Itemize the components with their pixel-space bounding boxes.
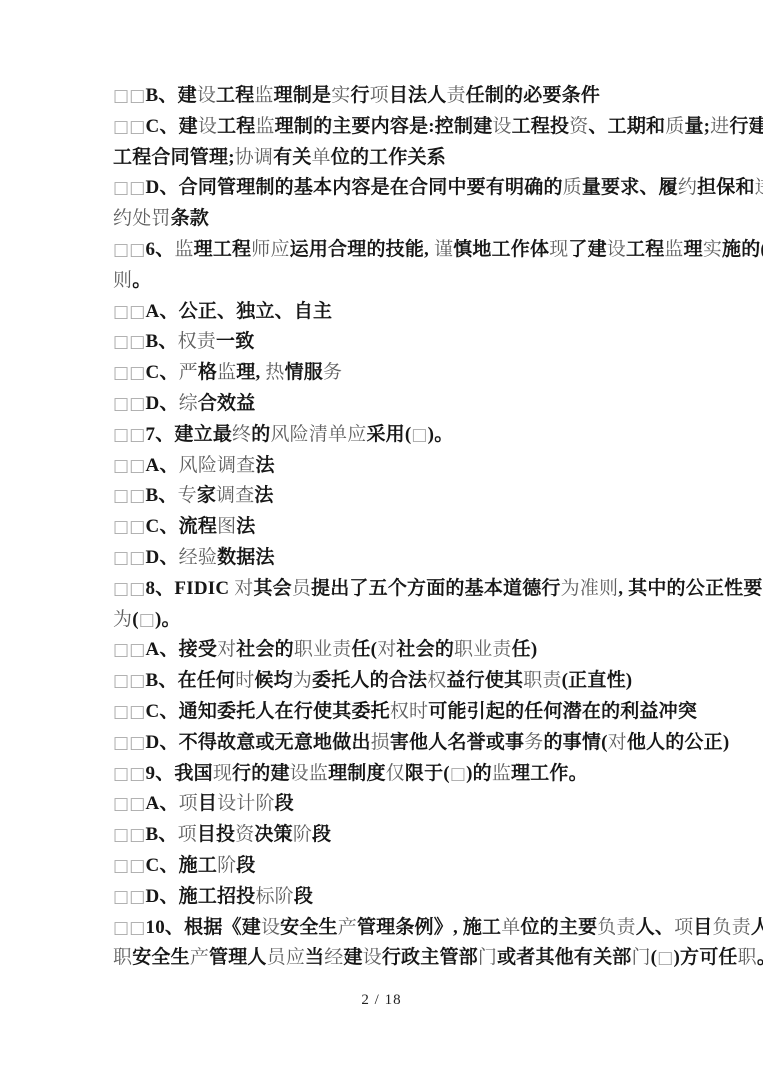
text-run: 量要求、履 (582, 177, 678, 198)
placeholder-box: □□ (113, 918, 146, 938)
text-run: 员 (292, 578, 311, 599)
text-run: B、 (146, 485, 178, 506)
text-run: 项 (674, 917, 693, 938)
text-run: 委托人的合法 (312, 670, 427, 691)
text-run: 安全生 (132, 947, 190, 968)
text-run: D、 (146, 393, 179, 414)
text-line: □□C、严格监理, 热情服务 (113, 358, 673, 389)
text-run: 产 (190, 947, 209, 968)
text-run: 安全生 (280, 917, 338, 938)
text-run: 资 (569, 116, 588, 137)
text-run: 位的工作关系 (331, 147, 446, 168)
placeholder-box: □□ (113, 394, 146, 414)
text-run: 职责 (523, 670, 561, 691)
text-run: 当 (305, 947, 324, 968)
text-run: 行政主管部 (382, 947, 478, 968)
text-run: 量; (684, 116, 710, 137)
text-run: 监 (254, 85, 273, 106)
text-run: B、 (146, 824, 178, 845)
text-run: 位的主要 (520, 917, 597, 938)
text-run: C、 (146, 362, 179, 383)
text-run: 目 (198, 793, 217, 814)
text-run: 单 (501, 917, 520, 938)
text-run: 。 (132, 270, 151, 291)
text-run: 为 (293, 670, 312, 691)
placeholder-box: □□ (113, 856, 146, 876)
text-run: 建 (343, 947, 362, 968)
text-line: 工程合同管理;协调有关单位的工作关系 (113, 143, 673, 174)
placeholder-box: □□ (113, 332, 146, 352)
text-line: □□6、监理工程师应运用合理的技能, 谨慎地工作体现了建设工程监理实施的(□)原 (113, 235, 673, 266)
text-run: 。 (757, 947, 763, 968)
text-run: 职业责 (454, 639, 512, 660)
text-run: 实 (703, 239, 722, 260)
text-line: □□A、公正、独立、自主 (113, 297, 673, 328)
placeholder-box: □□ (113, 425, 146, 445)
text-run: 理, (236, 362, 265, 383)
text-line: □□D、施工招投标阶段 (113, 882, 673, 913)
text-line: □□C、建设工程监理制的主要内容是:控制建设工程投资、工期和质量;进行建设 (113, 112, 673, 143)
text-run: 理制的主要内容是:控制建 (275, 116, 493, 137)
placeholder-box: □□ (113, 671, 146, 691)
text-run: D、施工招投 (146, 886, 256, 907)
text-run: 权时 (390, 701, 428, 722)
text-run: 了建 (568, 239, 606, 260)
placeholder-box: □□ (113, 764, 146, 784)
placeholder-box: □□ (113, 825, 146, 845)
text-run: 9、我国 (146, 763, 213, 784)
placeholder-box: □□ (113, 640, 146, 660)
text-run: 目法人 (389, 85, 447, 106)
text-run: 监 (174, 239, 193, 260)
text-run: 职 (738, 947, 757, 968)
text-run: 对 (234, 578, 253, 599)
text-line: 为(□)。 (113, 605, 673, 636)
text-run: C、建 (146, 116, 198, 137)
placeholder-box: □ (139, 610, 155, 630)
text-run: 限于( (405, 763, 450, 784)
text-run: 可能引起的任何潜在的利益冲突 (428, 701, 697, 722)
text-run: 一致 (216, 331, 254, 352)
placeholder-box: □□ (113, 302, 146, 322)
text-run: 法 (236, 516, 255, 537)
text-run: 为准则 (561, 578, 619, 599)
text-run: A、 (146, 793, 179, 814)
text-run: 益行使其 (446, 670, 523, 691)
text-run: 违 (755, 177, 763, 198)
text-run: 时 (235, 670, 254, 691)
text-run: 师应 (251, 239, 289, 260)
placeholder-box: □□ (113, 486, 146, 506)
text-run: 行 (350, 85, 369, 106)
placeholder-box: □□ (113, 363, 146, 383)
document-page: □□B、建设工程监理制是实行项目法人责任制的必要条件□□C、建设工程监理制的主要… (0, 0, 763, 1080)
text-run: 有关 (273, 147, 311, 168)
text-run: 社会的 (236, 639, 294, 660)
text-run: 工程 (216, 85, 254, 106)
text-run: 条款 (171, 208, 209, 229)
text-run: 单 (312, 147, 331, 168)
text-run: 项 (179, 793, 198, 814)
text-run: 格 (198, 362, 217, 383)
text-run: 段 (312, 824, 331, 845)
text-run: 门 (478, 947, 497, 968)
text-run: )方可任 (673, 947, 737, 968)
text-run: 候均 (254, 670, 292, 691)
text-run: 监 (492, 763, 511, 784)
text-run: 专 (178, 485, 197, 506)
text-run: 家 (197, 485, 216, 506)
text-run: B、在任何 (146, 670, 236, 691)
text-run: 综 (179, 393, 198, 414)
text-run: 对 (217, 639, 236, 660)
text-run: 管理条例》, 施工 (357, 917, 501, 938)
text-run: 决策 (254, 824, 292, 845)
text-line: □□D、经验数据法 (113, 543, 673, 574)
text-run: 设 (197, 85, 216, 106)
text-run: B、 (146, 331, 178, 352)
text-run: 责 (446, 85, 465, 106)
text-run: D、不得故意或无意地做出 (146, 732, 371, 753)
placeholder-box: □□ (113, 117, 146, 137)
placeholder-box: □□ (113, 702, 146, 722)
text-line: □□C、通知委托人在行使其委托权时可能引起的任何潜在的利益冲突 (113, 697, 673, 728)
text-run: 资 (235, 824, 254, 845)
text-run: 务 (323, 362, 342, 383)
text-run: 理 (684, 239, 703, 260)
text-line: □□A、风险调查法 (113, 451, 673, 482)
text-run: 目 (693, 917, 712, 938)
text-run: 段 (294, 886, 313, 907)
text-run: 务 (524, 732, 543, 753)
text-run: 严 (179, 362, 198, 383)
placeholder-box: □ (411, 425, 427, 445)
text-run: 项 (370, 85, 389, 106)
text-run: 现 (549, 239, 568, 260)
text-run: 理工程 (194, 239, 252, 260)
text-run: (正直性) (562, 670, 633, 691)
text-run: 质 (563, 177, 582, 198)
placeholder-box: □□ (113, 794, 146, 814)
text-run: 任( (351, 639, 377, 660)
text-run: 员应 (267, 947, 305, 968)
text-run: 负责 (597, 917, 635, 938)
text-run: 慎地工作体 (453, 239, 549, 260)
text-run: 损 (371, 732, 390, 753)
text-run: 工程合同管理; (113, 147, 235, 168)
text-line: □□D、综合效益 (113, 389, 673, 420)
text-run: 数据法 (217, 547, 275, 568)
text-run: 任制的必要条件 (466, 85, 600, 106)
text-run: 理工作。 (511, 763, 588, 784)
text-run: 终 (232, 424, 251, 445)
text-run: 产 (338, 917, 357, 938)
text-run: 理制度 (328, 763, 386, 784)
placeholder-box: □□ (113, 548, 146, 568)
text-run: 风险清单应 (270, 424, 366, 445)
placeholder-box: □ (657, 948, 673, 968)
text-line: □□9、我国现行的建设监理制度仅限于(□)的监理工作。 (113, 759, 673, 790)
text-line: □□7、建立最终的风险清单应采用(□)。 (113, 420, 673, 451)
placeholder-box: □□ (113, 887, 146, 907)
text-run: 施的( (722, 239, 763, 260)
text-run: 目投 (197, 824, 235, 845)
text-run: 经 (324, 947, 343, 968)
text-run: C、流程 (146, 516, 218, 537)
text-line: □□C、施工阶段 (113, 851, 673, 882)
text-run: 职业责 (294, 639, 352, 660)
text-run: 设 (261, 917, 280, 938)
text-run: C、施工 (146, 855, 218, 876)
text-run: 监 (255, 116, 274, 137)
text-run: 7、建立最 (146, 424, 233, 445)
text-run: C、通知委托人在行使其委托 (146, 701, 390, 722)
text-run: 监 (664, 239, 683, 260)
text-run: 负责 (713, 917, 751, 938)
placeholder-box: □□ (113, 579, 146, 599)
text-run: 监 (217, 362, 236, 383)
placeholder-box: □□ (113, 456, 146, 476)
text-run: 行的建 (232, 763, 290, 784)
text-run: 10、根据《建 (146, 917, 261, 938)
text-line: □□8、FIDIC 对其会员提出了五个方面的基本道德行为准则, 其中的公正性要求 (113, 574, 673, 605)
text-run: 工程投 (512, 116, 570, 137)
text-run: 质 (665, 116, 684, 137)
text-run: 热 (265, 362, 284, 383)
text-run: 或者其他有关部 (497, 947, 631, 968)
text-run: D、合同管理制的基本内容是在合同中要有明确的 (146, 177, 563, 198)
text-run: 则 (113, 270, 132, 291)
placeholder-box: □□ (113, 240, 146, 260)
document-body: □□B、建设工程监理制是实行项目法人责任制的必要条件□□C、建设工程监理制的主要… (113, 81, 673, 974)
text-run: 8、FIDIC (146, 578, 235, 599)
text-line: □□D、不得故意或无意地做出损害他人名誉或事务的事情(对他人的公正) (113, 728, 673, 759)
text-run: 运用合理的技能, (290, 239, 434, 260)
text-run: A、公正、独立、自主 (146, 301, 333, 322)
text-run: 情服 (285, 362, 323, 383)
text-run: 风险调查 (179, 455, 256, 476)
placeholder-box: □ (450, 764, 466, 784)
text-run: 阶 (217, 855, 236, 876)
text-run: 权责 (178, 331, 216, 352)
text-line: □□C、流程图法 (113, 512, 673, 543)
text-run: 调查 (216, 485, 254, 506)
text-run: 人、 (636, 917, 674, 938)
text-run: 设 (363, 947, 382, 968)
text-run: 阶 (293, 824, 312, 845)
text-run: 设计阶 (217, 793, 275, 814)
text-run: 6、 (146, 239, 175, 260)
text-run: 经验 (179, 547, 217, 568)
text-line: □□A、项目设计阶段 (113, 789, 673, 820)
text-line: □□A、接受对社会的职业责任(对社会的职业责任) (113, 635, 673, 666)
text-run: 人、 (751, 917, 763, 938)
text-run: 谨 (434, 239, 453, 260)
text-run: 段 (236, 855, 255, 876)
text-run: 法 (255, 455, 274, 476)
text-run: 进 (710, 116, 729, 137)
text-run: )。 (155, 609, 181, 630)
text-run: 他人的公正) (627, 732, 730, 753)
text-run: 设 (492, 116, 511, 137)
text-line: □□B、专家调查法 (113, 481, 673, 512)
page-number: 2 / 18 (361, 992, 401, 1008)
text-run: 约处罚 (113, 208, 171, 229)
placeholder-box: □□ (113, 86, 146, 106)
text-run: 设 (198, 116, 217, 137)
text-run: B、建 (146, 85, 197, 106)
text-line: 职安全生产管理人员应当经建设行政主管部门或者其他有关部门(□)方可任职。 (113, 943, 673, 974)
text-run: 合效益 (198, 393, 256, 414)
text-run: 标阶 (255, 886, 293, 907)
text-line: □□B、项目投资决策阶段 (113, 820, 673, 851)
text-run: 协调 (235, 147, 273, 168)
text-line: □□B、权责一致 (113, 327, 673, 358)
text-run: A、 (146, 455, 179, 476)
text-run: 、工期和 (588, 116, 665, 137)
text-line: 则。 (113, 266, 673, 297)
text-run: 提出了五个方面的基本道德行 (311, 578, 561, 599)
text-run: 权 (427, 670, 446, 691)
text-line: □□10、根据《建设安全生产管理条例》, 施工单位的主要负责人、项目负责人、专 (113, 913, 673, 944)
placeholder-box: □□ (113, 733, 146, 753)
text-run: 的 (251, 424, 270, 445)
placeholder-box: □□ (113, 517, 146, 537)
text-line: □□D、合同管理制的基本内容是在合同中要有明确的质量要求、履约担保和违 (113, 173, 673, 204)
text-run: 门 (631, 947, 650, 968)
text-run: 工程 (626, 239, 664, 260)
text-run: 行建 (729, 116, 763, 137)
text-run: 为 (113, 609, 132, 630)
text-run: 理制是 (274, 85, 332, 106)
text-run: 现 (213, 763, 232, 784)
text-run: 项 (178, 824, 197, 845)
text-line: 约处罚条款 (113, 204, 673, 235)
text-run: 工程 (217, 116, 255, 137)
text-run: 社会的 (396, 639, 454, 660)
text-run: 其会 (253, 578, 291, 599)
text-run: 法 (254, 485, 273, 506)
text-run: 图 (217, 516, 236, 537)
text-run: 设监 (290, 763, 328, 784)
text-run: 害他人名誉或事 (390, 732, 524, 753)
text-run: 对 (377, 639, 396, 660)
text-run: )。 (428, 424, 454, 445)
text-run: 担保和 (697, 177, 755, 198)
text-line: □□B、建设工程监理制是实行项目法人责任制的必要条件 (113, 81, 673, 112)
text-run: 的事情( (543, 732, 607, 753)
text-run: 约 (678, 177, 697, 198)
page-footer: 2 / 18 (0, 992, 763, 1009)
text-run: D、 (146, 547, 179, 568)
text-run: 仅 (386, 763, 405, 784)
text-run: 实 (331, 85, 350, 106)
text-run: 采用( (366, 424, 411, 445)
text-run: A、接受 (146, 639, 218, 660)
text-run: 职 (113, 947, 132, 968)
text-run: 设 (607, 239, 626, 260)
text-run: 管理人 (209, 947, 267, 968)
text-run: )的 (466, 763, 492, 784)
text-run: 段 (275, 793, 294, 814)
placeholder-box: □□ (113, 178, 146, 198)
text-run: 任) (512, 639, 538, 660)
text-line: □□B、在任何时候均为委托人的合法权益行使其职责(正直性) (113, 666, 673, 697)
text-run: 对 (608, 732, 627, 753)
text-run: , 其中的公正性要求 (618, 578, 763, 599)
